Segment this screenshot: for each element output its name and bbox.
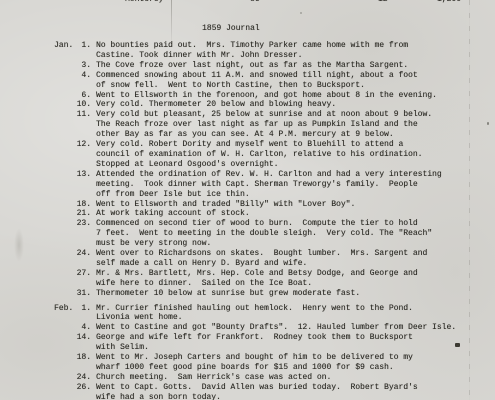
entry-day-number: 21. [76,209,91,219]
ink-speck [487,122,489,125]
entry-text: Went to Capt. Gotts. David Allen was bur… [96,383,491,400]
journal-entry: 24. Went over to Richardsons on skates. … [0,249,491,269]
journal-entry: 24. Church meeting. Sam Herrick's case w… [0,373,491,383]
entry-day-number: 24. [76,249,91,259]
entry-day-number: 3. [76,61,91,71]
journal-entry: Feb. 1. Mr. Currier finished hauling out… [0,304,491,324]
journal-entry: 11. Very cold but pleasant, 25 below at … [0,110,491,140]
journal-entry: 31. Thermometer 10 below at sunrise but … [0,289,491,299]
paper-fold-crease-top [171,0,172,48]
journal-entry: 6. Went to Ellsworth in the forenoon, an… [0,91,491,101]
ink-speck [455,343,460,347]
journal-entry: 12. Very cold. Robert Dority and myself … [0,140,491,170]
entry-text: Went over to Richardsons on skates. Boug… [96,249,491,269]
entry-text: Went to Mr. Joseph Carters and bought of… [96,353,491,373]
entry-month-label: Jan. [54,41,76,51]
entry-text: Mr. & Mrs. Bartlett, Mrs. Hep. Cole and … [96,269,491,289]
journal-entry: 14. George and wife left for Frankfort. … [0,333,491,353]
entry-day-number: 4. [76,323,91,333]
journal-entry: 18. Went to Mr. Joseph Carters and bough… [0,353,491,373]
entry-text: At work taking account of stock. [96,209,491,219]
entry-day-number: 1. [76,41,91,51]
entry-day-number: 23. [76,219,91,229]
entry-text: Very cold but pleasant, 25 below at sunr… [96,110,491,140]
entry-text: Thermometer 10 below at sunrise but grew… [96,289,491,299]
journal-entry: 18. Went to Ellsworth and traded "Billy"… [0,200,491,210]
journal-entry: 4. Went to Castine and got "Bounty Draft… [0,323,491,333]
journal-entry: 27. Mr. & Mrs. Bartlett, Mrs. Hep. Cole … [0,269,491,289]
entry-text: Church meeting. Sam Herrick's case was a… [96,373,491,383]
clipped-cell-crew: 12 [378,0,388,5]
entry-text: Mr. Currier finished hauling out hemlock… [96,304,491,324]
entry-day-number: 24. [76,373,91,383]
entry-day-number: 18. [76,353,91,363]
scanned-journal-page: { "accent_colors": { "paper": "#d8d7d3",… [0,0,495,400]
entry-text: Went to Ellsworth and traded "Billy" wit… [96,200,491,210]
entry-day-number: 18. [76,200,91,210]
entry-day-number: 26. [76,383,91,393]
scan-smudge [14,228,24,262]
clipped-cell-vessel: Monterey [125,0,163,5]
entry-text: Very cold. Robert Dority and myself went… [96,140,491,170]
entry-text: Went to Castine and got "Bounty Drafts".… [96,323,491,333]
entry-text: Went to Ellsworth in the forenoon, and g… [96,91,491,101]
journal-entry: 10. Very cold. Thermometer 20 below and … [0,100,491,110]
entry-day-number: 11. [76,110,91,120]
ink-speck [300,12,302,14]
entry-text: Commenced snowing about 11 A.M. and snow… [96,71,491,91]
entry-day-number: 1. [76,304,91,314]
journal-entry: 13. Attended the ordination of Rev. W. H… [0,170,491,200]
entry-day-number: 4. [76,71,91,81]
entry-text: Commenced on second tier of wood to burn… [96,219,491,249]
paper-fold-crease-right [469,0,470,400]
journal-entry: 21. At work taking account of stock. [0,209,491,219]
journal-entry: 3. The Cove froze over last night, out a… [0,61,491,71]
entry-text: Very cold. Thermometer 20 below and blow… [96,100,491,110]
entry-day-number: 13. [76,170,91,180]
entry-text: The Cove froze over last night, out as f… [96,61,491,71]
journal-entry: 26. Went to Capt. Gotts. David Allen was… [0,383,491,400]
entry-day-number: 31. [76,289,91,299]
entry-text: George and wife left for Frankfort. Rodn… [96,333,491,353]
clipped-cell-tonnage: 86 [250,0,260,5]
entry-day-number: 12. [76,140,91,150]
journal-entry: 23. Commenced on second tier of wood to … [0,219,491,249]
entry-day-number: 10. [76,100,91,110]
journal-entry: Jan. 1. No bounties paid out. Mrs. Timot… [0,41,491,61]
entry-day-number: 27. [76,269,91,279]
clipped-cell-amount: 1,200 [437,0,461,5]
journal-entry: 4. Commenced snowing about 11 A.M. and s… [0,71,491,91]
entry-text: No bounties paid out. Mrs. Timothy Parke… [96,41,491,61]
entry-text: Attended the ordination of Rev. W. H. Ca… [96,170,491,200]
entry-day-number: 14. [76,333,91,343]
journal-entries: Jan. 1. No bounties paid out. Mrs. Timot… [0,41,491,400]
entry-month-label: Feb. [54,304,76,314]
entry-day-number: 6. [76,91,91,101]
page-title: 1859 Journal [202,24,260,34]
previous-table-row-clipped: Monterey 86 12 1,200 [0,0,495,5]
